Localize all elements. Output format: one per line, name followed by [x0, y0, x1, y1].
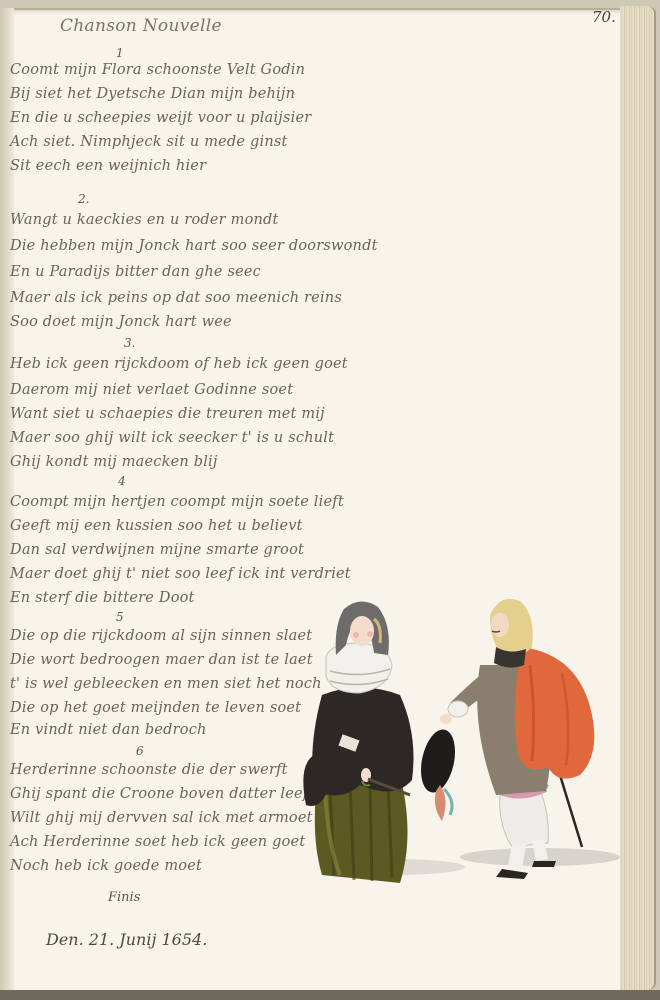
watercolor-figures-illustration: [300, 585, 620, 895]
verse-line: Daerom mij niet verlaet Godinne soet: [10, 382, 293, 398]
date-line: Den. 21. Junij 1654.: [46, 930, 207, 949]
verse-line: En sterf die bittere Doot: [10, 590, 195, 606]
verse-line: Soo doet mijn Jonck hart wee: [10, 314, 232, 330]
page-number: 70.: [592, 8, 616, 26]
verse-line: t' is wel gebleecken en men siet het noc…: [10, 676, 322, 692]
verse-line: Die op die rijckdoom al sijn sinnen slae…: [10, 628, 312, 644]
verse-line: Bij siet het Dyetsche Dian mijn behijn: [10, 86, 295, 102]
stanza-number: 2.: [78, 192, 89, 206]
verse-line: Ghij kondt mij maecken blij: [10, 454, 218, 470]
verse-line: Die wort bedroogen maer dan ist te laet: [10, 652, 313, 668]
stanza-number: 5: [116, 610, 124, 624]
verse-line: Geeft mij een kussien soo het u believt: [10, 518, 303, 534]
stanza-number: 3.: [124, 336, 135, 350]
verse-line: Sit eech een weijnich hier: [10, 158, 206, 174]
verse-line: Want siet u schaepies die treuren met mi…: [10, 406, 325, 422]
verse-line: Coomt mijn Flora schoonste Velt Godin: [10, 62, 305, 78]
song-title: Chanson Nouvelle: [60, 16, 222, 36]
verse-line: Wilt ghij mij dervven sal ick met armoet: [10, 810, 313, 826]
verse-line: Coompt mijn hertjen coompt mijn soete li…: [10, 494, 344, 510]
page-fore-edge: [620, 6, 656, 990]
verse-line: En vindt niet dan bedroch: [10, 722, 207, 738]
verse-line: Herderinne schoonste die der swerft: [10, 762, 288, 778]
closing-finis: Finis: [108, 890, 140, 905]
man-figure: [416, 599, 595, 879]
stanza-number: 6: [136, 744, 144, 758]
verse-line: En u Paradijs bitter dan ghe seec: [10, 264, 261, 280]
verse-line: Heb ick geen rijckdoom of heb ick geen g…: [10, 356, 348, 372]
verse-line: Ach Herderinne soet heb ick geen goet: [10, 834, 305, 850]
verse-line: Die op het goet meijnden te leven soet: [10, 700, 301, 716]
verse-line: Maer doet ghij t' niet soo leef ick int …: [10, 566, 351, 582]
verse-line: Wangt u kaeckies en u roder mondt: [10, 212, 279, 228]
stanza-number: 1: [116, 46, 124, 60]
verse-line: Maer als ick peins op dat soo meenich re…: [10, 290, 342, 306]
verse-line: Ach siet. Nimphjeck sit u mede ginst: [10, 134, 288, 150]
stanza-number: 4: [118, 474, 126, 488]
scan-bottom-edge: [0, 990, 660, 1000]
verse-line: Dan sal verdwijnen mijne smarte groot: [10, 542, 304, 558]
verse-line: Die hebben mijn Jonck hart soo seer door…: [10, 238, 378, 254]
verse-line: Noch heb ick goede moet: [10, 858, 202, 874]
verse-line: Ghij spant die Croone boven datter leeft: [10, 786, 314, 802]
verse-line: En die u scheepies weijt voor u plaijsie…: [10, 110, 311, 126]
woman-figure: [303, 601, 413, 883]
verse-line: Maer soo ghij wilt ick seecker t' is u s…: [10, 430, 334, 446]
